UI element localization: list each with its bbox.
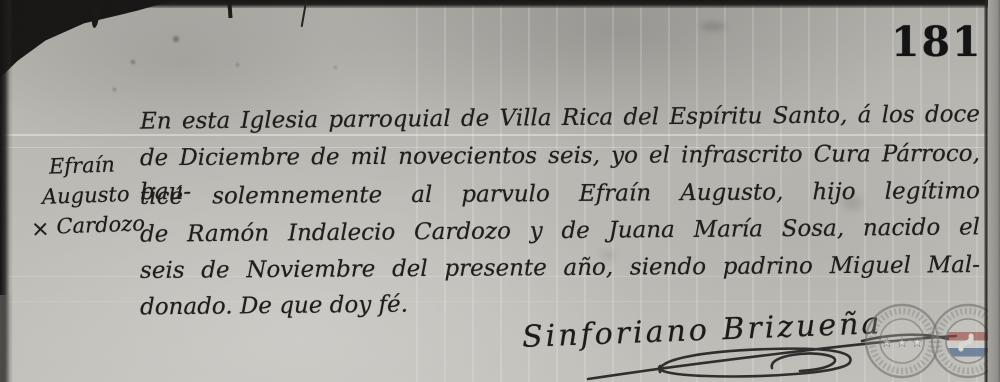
paper-speck	[334, 66, 337, 69]
book-edge-corner	[0, 0, 175, 78]
book-edge-left-fade	[0, 295, 13, 382]
record-line: ticé solemnemente al parvulo Efraín Augu…	[140, 174, 980, 214]
margin-x-mark: ×	[31, 215, 50, 246]
scanned-baptism-register-page: 181 Efraín Augusto ×Cardozo En esta Igle…	[0, 0, 1000, 382]
seal-stars-glyphs: ★ ★ ★	[881, 335, 923, 350]
margin-note-surname: Cardozo	[56, 211, 145, 238]
paper-speck	[173, 36, 179, 42]
page-number: 181	[891, 18, 983, 66]
paper-speck	[113, 88, 116, 91]
paper-speck	[236, 63, 239, 67]
paper-speck	[131, 60, 135, 64]
page-edge-right-paper	[988, 0, 1000, 382]
paper-smudge	[700, 22, 726, 31]
ink-edge-drip	[91, 4, 100, 29]
